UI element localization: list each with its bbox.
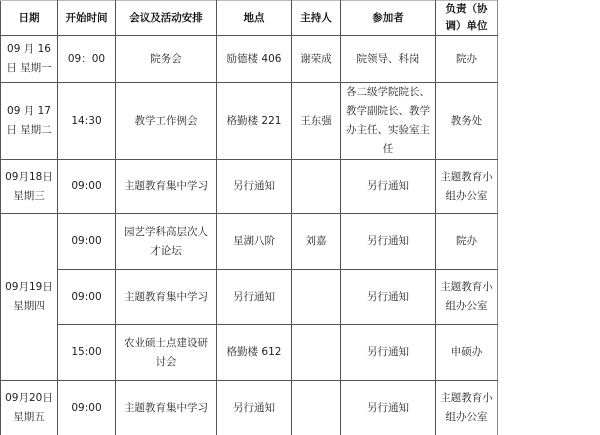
table-row: 09 月 16 日 星期一 09：00 院务会 励德楼 406 谢荣成 院领导、… — [1, 36, 498, 83]
location-cell: 另行通知 — [217, 160, 292, 214]
header-row: 日期 开始时间 会议及活动安排 地点 主持人 参加者 负责（协调）单位 — [1, 1, 498, 36]
location-cell: 励德楼 406 — [217, 36, 292, 83]
unit-cell: 申硕办 — [436, 325, 498, 381]
header-start-time: 开始时间 — [58, 1, 116, 36]
host-cell: 王东强 — [292, 83, 341, 160]
event-cell: 主题教育集中学习 — [116, 160, 217, 214]
host-cell — [292, 325, 341, 381]
table-row: 09:00 主题教育集中学习 另行通知 另行通知 主题教育小组办公室 — [1, 270, 498, 325]
unit-cell: 教务处 — [436, 83, 498, 160]
participants-cell: 另行通知 — [341, 325, 436, 381]
event-cell: 主题教育集中学习 — [116, 270, 217, 325]
table-row: 09月20日 星期五 09:00 主题教育集中学习 另行通知 另行通知 主题教育… — [1, 381, 498, 435]
host-cell: 谢荣成 — [292, 36, 341, 83]
date-cell: 09月19日 星期四 — [1, 214, 58, 381]
time-cell: 09:00 — [58, 270, 116, 325]
date-cell: 09 月 16 日 星期一 — [1, 36, 58, 83]
participants-cell: 另行通知 — [341, 270, 436, 325]
unit-cell: 主题教育小组办公室 — [436, 160, 498, 214]
header-participants: 参加者 — [341, 1, 436, 36]
time-cell: 15:00 — [58, 325, 116, 381]
unit-cell: 主题教育小组办公室 — [436, 381, 498, 435]
time-cell: 09:00 — [58, 214, 116, 270]
participants-cell: 院领导、科岗 — [341, 36, 436, 83]
location-cell: 另行通知 — [217, 270, 292, 325]
date-cell: 09月18日 星期三 — [1, 160, 58, 214]
location-cell: 另行通知 — [217, 381, 292, 435]
header-date: 日期 — [1, 1, 58, 36]
participants-cell: 另行通知 — [341, 214, 436, 270]
header-location: 地点 — [217, 1, 292, 36]
event-cell: 院务会 — [116, 36, 217, 83]
host-cell — [292, 270, 341, 325]
date-cell: 09月20日 星期五 — [1, 381, 58, 435]
participants-cell: 另行通知 — [341, 381, 436, 435]
event-cell: 农业硕士点建设研讨会 — [116, 325, 217, 381]
host-cell — [292, 381, 341, 435]
host-cell: 刘嘉 — [292, 214, 341, 270]
table-row: 15:00 农业硕士点建设研讨会 格勤楼 612 另行通知 申硕办 — [1, 325, 498, 381]
header-event: 会议及活动安排 — [116, 1, 217, 36]
table-row: 09月18日 星期三 09:00 主题教育集中学习 另行通知 另行通知 主题教育… — [1, 160, 498, 214]
time-cell: 09：00 — [58, 36, 116, 83]
event-cell: 园艺学科高层次人才论坛 — [116, 214, 217, 270]
unit-cell: 主题教育小组办公室 — [436, 270, 498, 325]
participants-cell: 各二级学院院长、教学副院长、教学办主任、实验室主任 — [341, 83, 436, 160]
unit-cell: 院办 — [436, 36, 498, 83]
time-cell: 14:30 — [58, 83, 116, 160]
location-cell: 格勤楼 221 — [217, 83, 292, 160]
host-cell — [292, 160, 341, 214]
participants-cell: 另行通知 — [341, 160, 436, 214]
header-unit: 负责（协调）单位 — [436, 1, 498, 36]
location-cell: 星湖八阶 — [217, 214, 292, 270]
unit-cell: 院办 — [436, 214, 498, 270]
time-cell: 09:00 — [58, 381, 116, 435]
schedule-table: 日期 开始时间 会议及活动安排 地点 主持人 参加者 负责（协调）单位 09 月… — [0, 0, 498, 435]
table-row: 09 月 17 日 星期二 14:30 教学工作例会 格勤楼 221 王东强 各… — [1, 83, 498, 160]
time-cell: 09:00 — [58, 160, 116, 214]
header-host: 主持人 — [292, 1, 341, 36]
event-cell: 教学工作例会 — [116, 83, 217, 160]
event-cell: 主题教育集中学习 — [116, 381, 217, 435]
table-row: 09月19日 星期四 09:00 园艺学科高层次人才论坛 星湖八阶 刘嘉 另行通… — [1, 214, 498, 270]
location-cell: 格勤楼 612 — [217, 325, 292, 381]
date-cell: 09 月 17 日 星期二 — [1, 83, 58, 160]
